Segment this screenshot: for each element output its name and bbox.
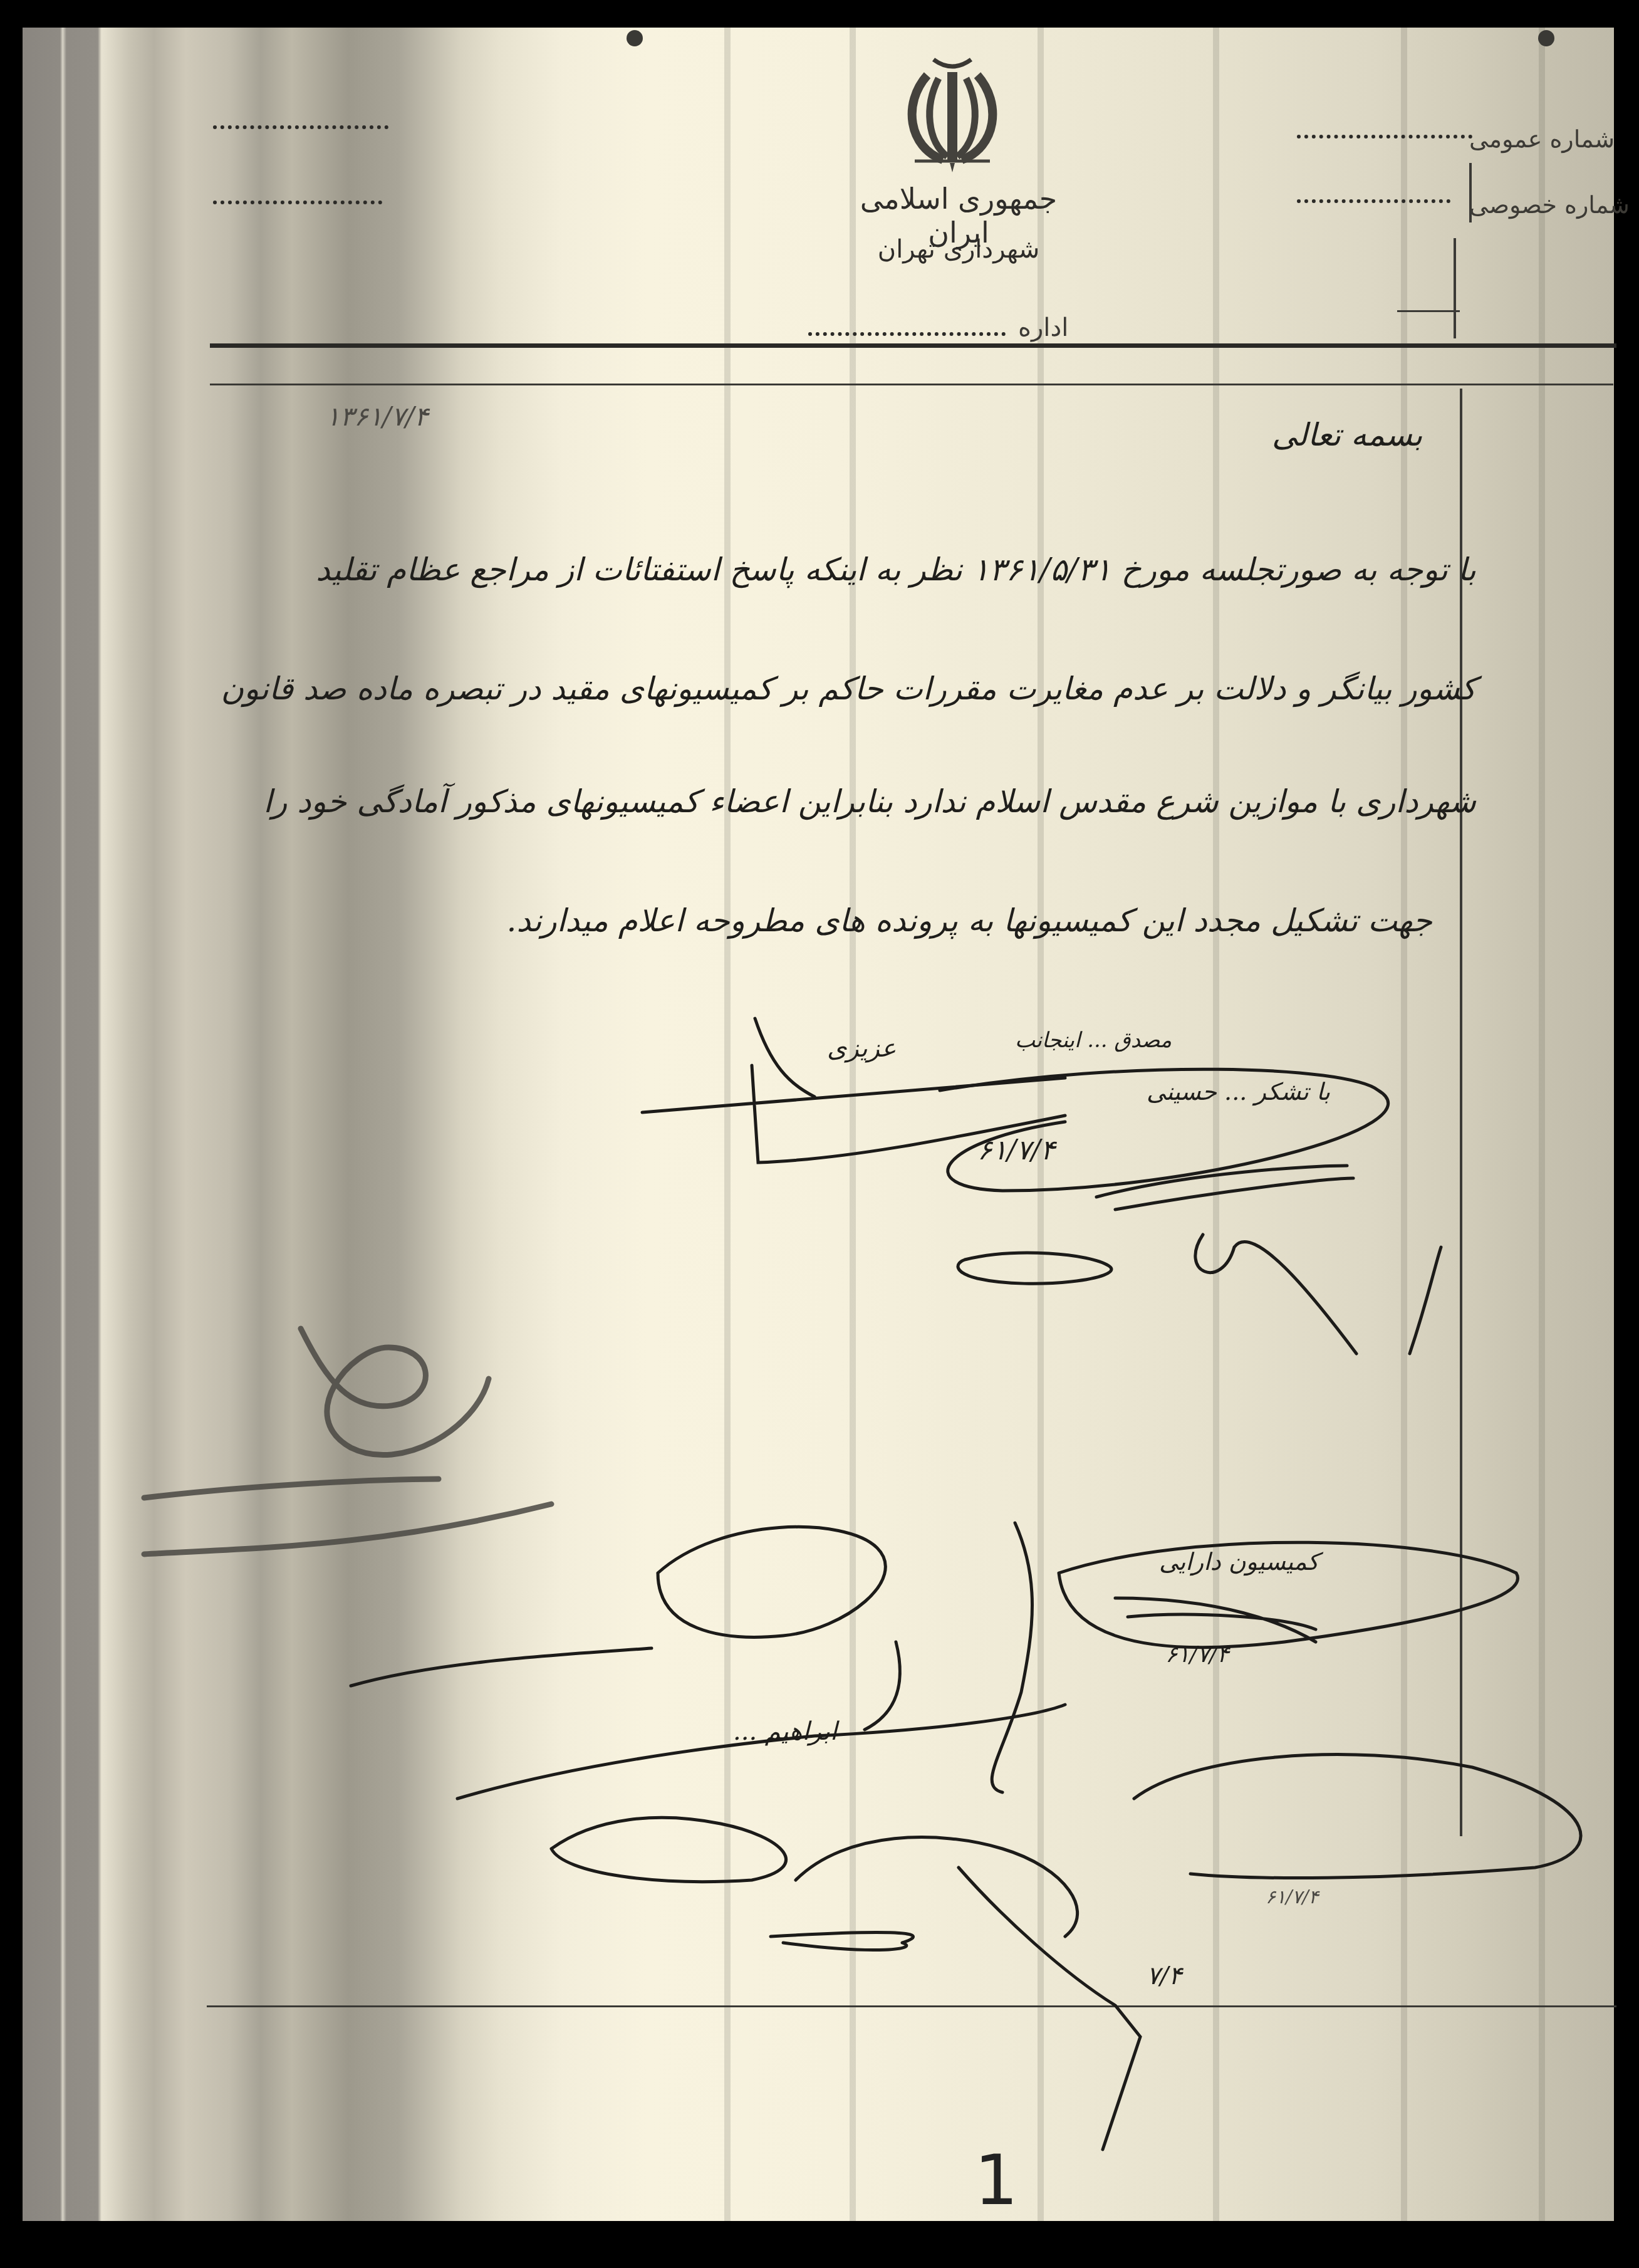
margin-date: ۶۱/۷/۴ bbox=[1266, 1886, 1319, 1908]
private-number-label: شماره خصوصی bbox=[1469, 191, 1630, 219]
scan-streak bbox=[1038, 28, 1044, 2221]
page-number: 1 bbox=[974, 2140, 1018, 2220]
letterhead-rule bbox=[210, 343, 1616, 348]
signature-date: ۶۱/۷/۴ bbox=[1165, 1642, 1229, 1668]
signature-note: ابراهیم ... bbox=[733, 1717, 837, 1746]
department-field bbox=[808, 332, 1006, 336]
general-number-label: شماره عمومی bbox=[1469, 125, 1615, 153]
footer-mark: ۷/۴ bbox=[1147, 1962, 1182, 1990]
punch-hole bbox=[1538, 30, 1554, 46]
scan-streak bbox=[1401, 28, 1407, 2221]
divider bbox=[1454, 238, 1456, 338]
margin-line bbox=[1460, 389, 1462, 1836]
attachment-field bbox=[213, 201, 382, 204]
punch-hole bbox=[627, 30, 643, 46]
letter-date: ۱۳۶۱/۷/۴ bbox=[326, 401, 429, 432]
signature-note: با تشکر ... حسینی bbox=[1147, 1078, 1330, 1105]
scan-streak bbox=[1539, 28, 1545, 2221]
date-field bbox=[213, 125, 388, 129]
private-number-field bbox=[1297, 199, 1450, 203]
signature-note: کمیسیون دارایی bbox=[1159, 1548, 1319, 1576]
body-line-1: با توجه به صورتجلسه مورخ ۱۳۶۱/۵/۳۱ نظر ب… bbox=[316, 551, 1476, 588]
body-line-2: کشور بیانگر و دلالت بر عدم مغایرت مقررات… bbox=[221, 671, 1476, 707]
department-label: اداره bbox=[1018, 313, 1068, 342]
body-line-3: شهرداری با موازین شرع مقدس اسلام ندارد ب… bbox=[263, 783, 1476, 820]
letterhead-rule bbox=[210, 384, 1613, 385]
scan-streak bbox=[1213, 28, 1219, 2221]
divider bbox=[1397, 310, 1460, 312]
iran-emblem-icon bbox=[890, 53, 1015, 179]
signature-note: مصدق ... اینجانب bbox=[1015, 1028, 1172, 1053]
scanned-letter-page bbox=[23, 28, 1614, 2221]
signature-date: ۶۱/۷/۴ bbox=[977, 1134, 1055, 1166]
invocation: بسمه تعالی bbox=[1272, 417, 1422, 453]
scan-streak bbox=[850, 28, 856, 2221]
footer-rule bbox=[207, 2005, 1616, 2007]
divider bbox=[1469, 163, 1472, 222]
general-number-field bbox=[1297, 135, 1472, 138]
letterhead-organization: شهرداری تهران bbox=[858, 235, 1059, 264]
signature-note: عزیزی bbox=[827, 1034, 896, 1063]
scan-streak bbox=[724, 28, 731, 2221]
body-line-4: جهت تشکیل مجدد این کمیسیونها به پرونده ه… bbox=[507, 902, 1432, 939]
